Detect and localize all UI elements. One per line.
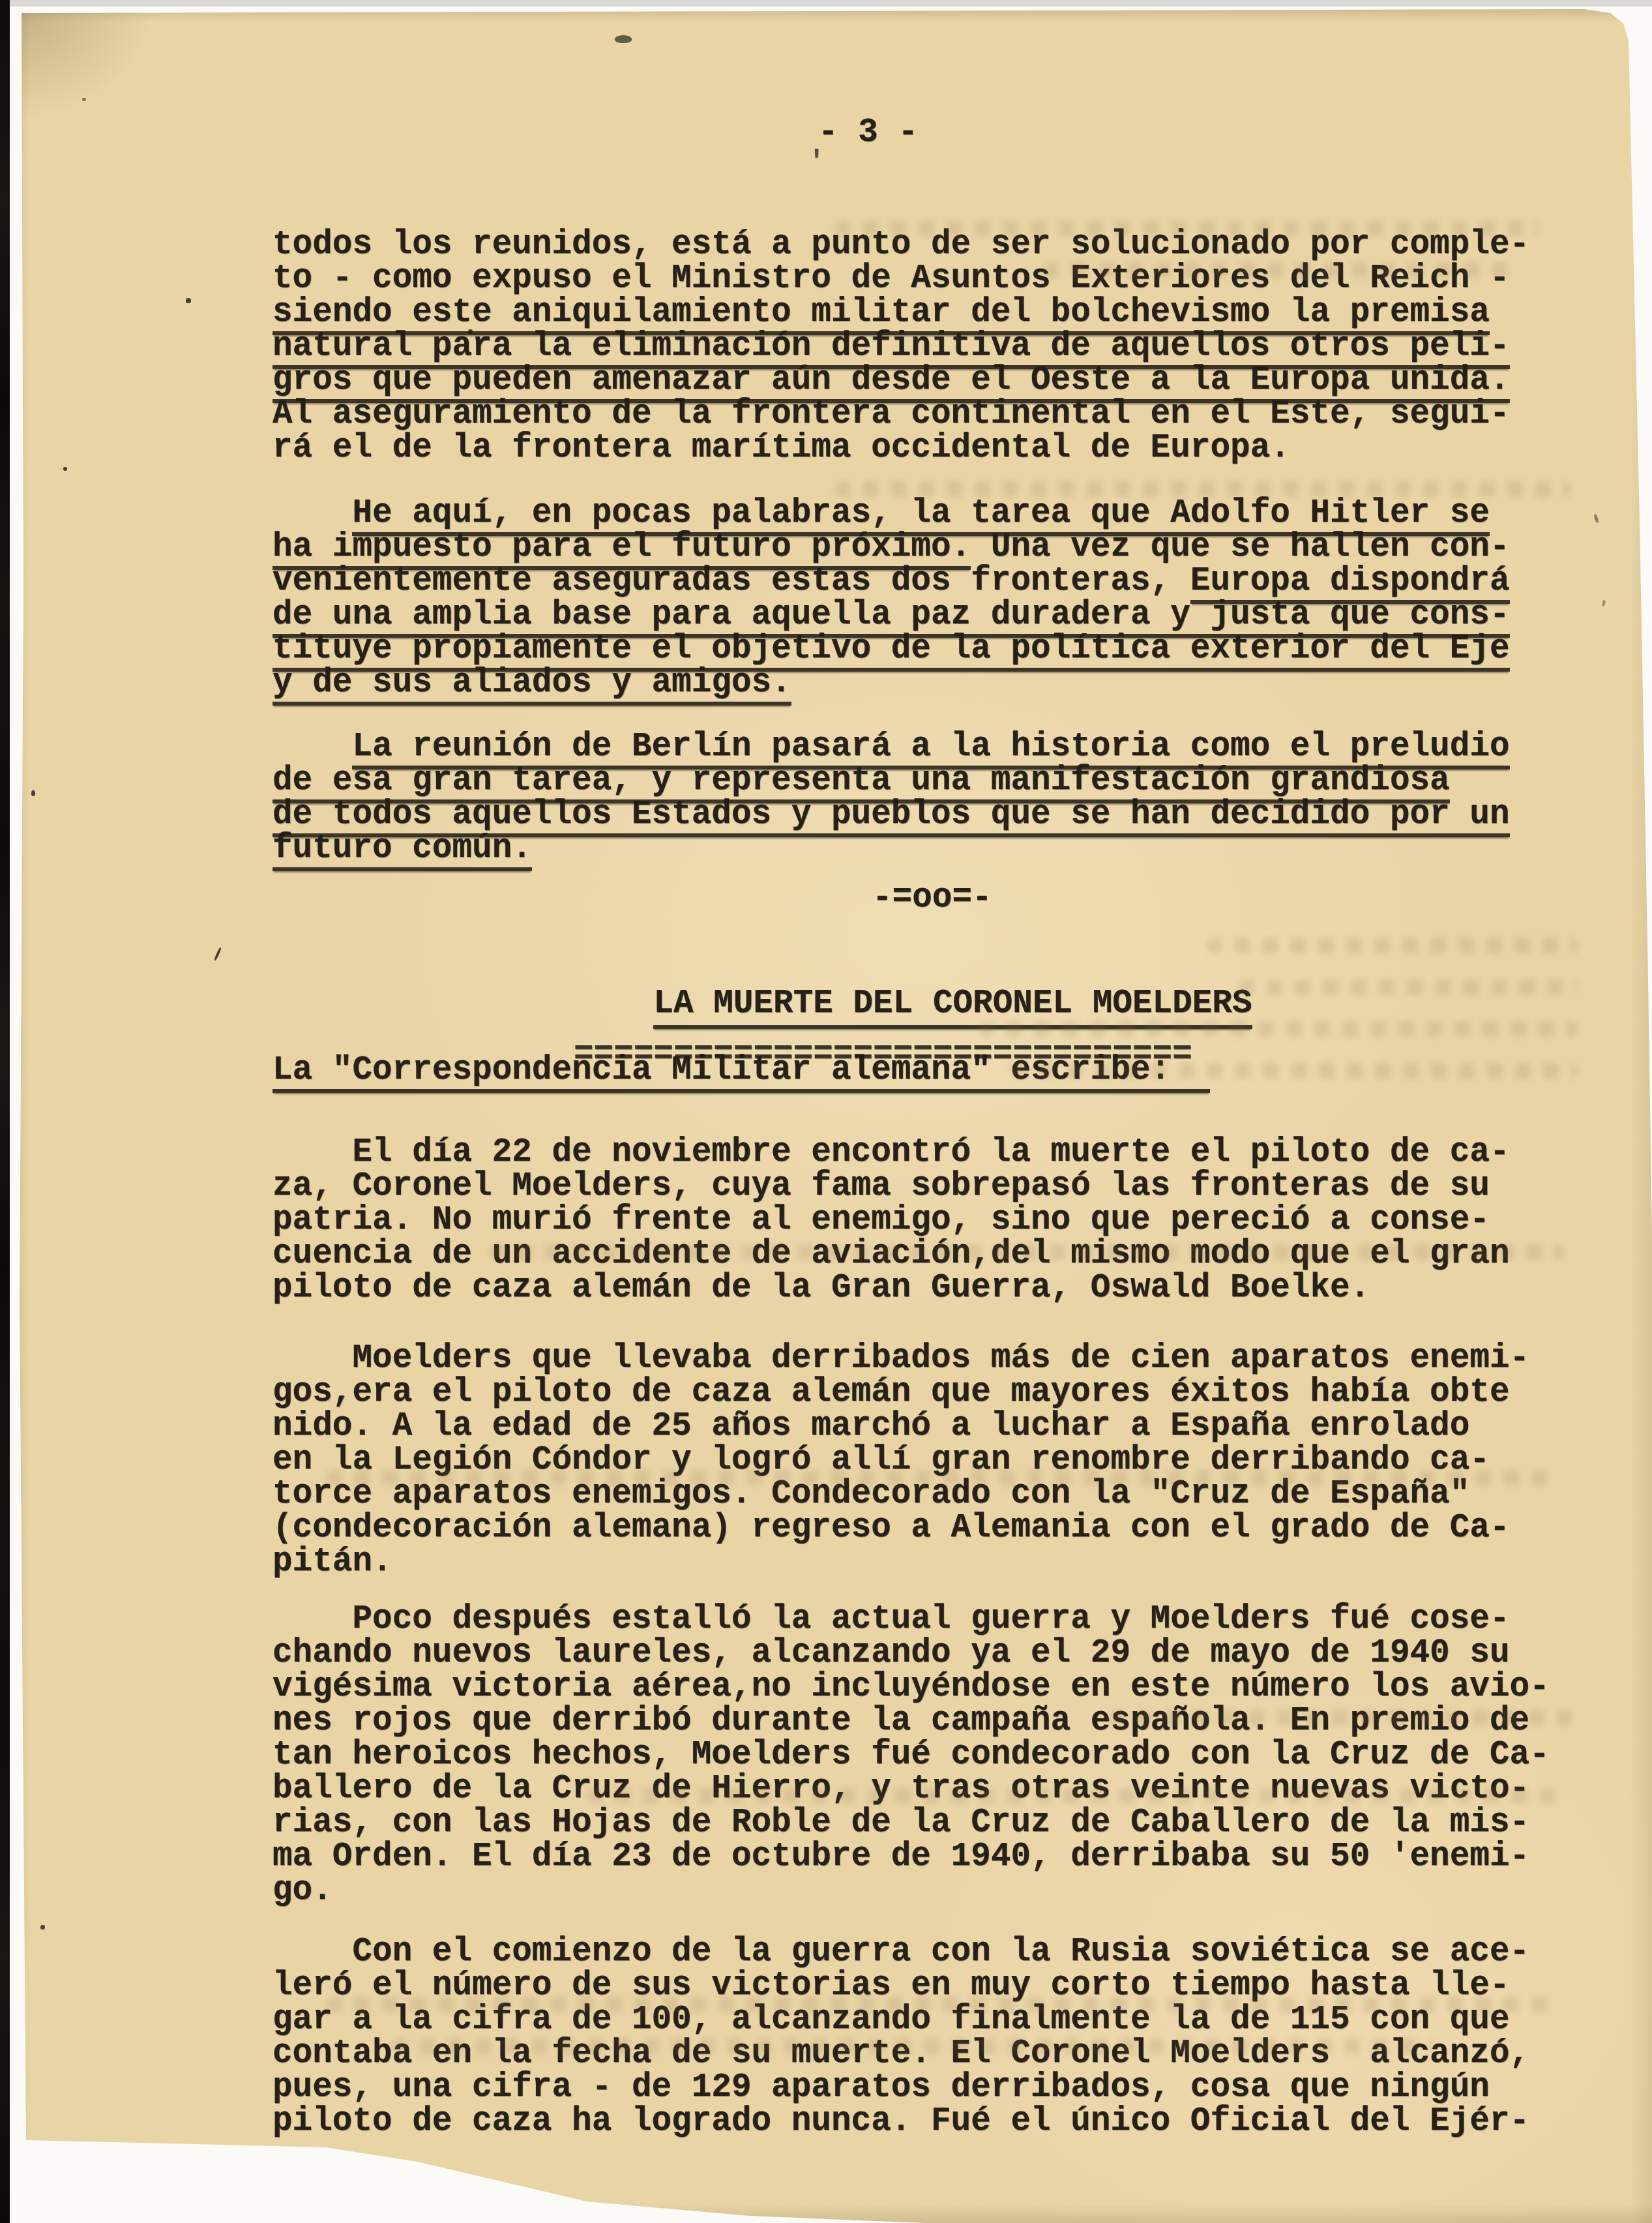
text-line: todos los reunidos, está a punto de ser … xyxy=(273,228,1529,262)
text-line: Al aseguramiento de la frontera continen… xyxy=(273,398,1529,432)
ink-speck xyxy=(1593,514,1599,524)
text-segment: gos,era el piloto de caza alemán que may… xyxy=(273,1374,1510,1411)
text-segment: cuencia de un accidente de aviación,del … xyxy=(273,1236,1510,1273)
text-line: rá el de la frontera marítima occidental… xyxy=(273,432,1529,466)
text-line: La reunión de Berlín pasará a la histori… xyxy=(273,730,1510,764)
text-line: piloto de caza alemán de la Gran Guerra,… xyxy=(273,1272,1510,1305)
text-line: za, Coronel Moelders, cuya fama sobrepas… xyxy=(273,1170,1510,1204)
text-line: en la Legión Cóndor y logró allí gran re… xyxy=(273,1444,1529,1478)
text-segment: to - como expuso el Ministro de Asuntos … xyxy=(273,260,1510,297)
text-segment: El día 22 de noviembre encontró la muert… xyxy=(273,1134,1510,1171)
paragraph-frontera: todos los reunidos, está a punto de ser … xyxy=(273,228,1529,466)
text-segment: Con el comienzo de la guerra con la Rusi… xyxy=(273,1933,1529,1971)
text-line: torce aparatos enemigos. Condecorado con… xyxy=(273,1478,1529,1512)
stray-tick-mark: ' xyxy=(808,145,825,179)
text-segment: todos los reunidos, está a punto de ser … xyxy=(273,226,1529,263)
heading-text: LA MUERTE DEL CORONEL MOELDERS xyxy=(653,985,1252,1029)
text-segment: leró el número de sus victorias en muy c… xyxy=(273,1967,1510,2005)
text-segment: Poco después estalló la actual guerra y … xyxy=(273,1601,1510,1638)
text-segment: nido. A la edad de 25 años marchó a luch… xyxy=(273,1408,1469,1445)
binding-edge xyxy=(0,0,10,2223)
ink-speck xyxy=(40,1925,45,1930)
section-separator: -=oo=- xyxy=(872,882,992,916)
text-segment: pues, una cifra - de 129 aparatos derrib… xyxy=(273,2069,1490,2106)
text-segment xyxy=(273,728,352,766)
paragraph-tarea-hitler: He aquí, en pocas palabras, la tarea que… xyxy=(273,497,1510,700)
text-line: cuencia de un accidente de aviación,del … xyxy=(273,1238,1510,1272)
text-line: de esa gran tarea, y representa una mani… xyxy=(273,764,1510,798)
text-line: He aquí, en pocas palabras, la tarea que… xyxy=(273,497,1510,531)
text-line: gros que pueden amenazar aún desde el Oe… xyxy=(273,364,1529,398)
underlined-text-segment: y de sus aliados y amigos. xyxy=(273,664,791,706)
text-line: gar a la cifra de 100, alcanzando finalm… xyxy=(273,2003,1529,2037)
text-line: El día 22 de noviembre encontró la muert… xyxy=(273,1136,1510,1170)
page-number: - 3 - xyxy=(818,116,918,150)
text-line: ha impuesto para el futuro próximo. Una … xyxy=(273,531,1510,565)
text-segment: chando nuevos laureles, alcanzando ya el… xyxy=(273,1635,1510,1672)
paragraph-guerra-actual: Poco después estalló la actual guerra y … xyxy=(273,1603,1550,1908)
ink-speck xyxy=(91,2179,97,2183)
ink-speck xyxy=(214,947,222,961)
text-line: venientemente aseguradas estas dos front… xyxy=(273,565,1510,599)
scanner-top-strip xyxy=(0,0,1652,7)
text-line: (condecoración alemana) regreso a Aleman… xyxy=(273,1512,1529,1545)
text-line: de todos aquellos Estados y pueblos que … xyxy=(273,798,1510,832)
text-segment: rias, con las Hojas de Roble de la Cruz … xyxy=(273,1804,1529,1842)
text-segment xyxy=(273,495,352,532)
bleedthrough-mark xyxy=(1206,938,1578,953)
text-line: natural para la eliminación definitiva d… xyxy=(273,330,1529,364)
text-line: Con el comienzo de la guerra con la Rusi… xyxy=(273,1935,1529,1969)
text-segment: torce aparatos enemigos. Condecorado con… xyxy=(273,1476,1469,1513)
text-segment: ballero de la Cruz de Hierro, y tras otr… xyxy=(273,1770,1529,1808)
text-line: Poco después estalló la actual guerra y … xyxy=(273,1603,1550,1637)
ink-speck xyxy=(186,298,191,303)
text-line: tituye propiamente el objetivo de la pol… xyxy=(273,633,1510,666)
text-line: contaba en la fecha de su muerte. El Cor… xyxy=(273,2037,1529,2071)
text-line: patria. No murió frente al enemigo, sino… xyxy=(273,1204,1510,1238)
text-line: rias, con las Hojas de Roble de la Cruz … xyxy=(273,1806,1550,1840)
paragraph-reunion-berlin: La reunión de Berlín pasará a la histori… xyxy=(273,730,1510,866)
text-segment: tan heroicos hechos, Moelders fué condec… xyxy=(273,1737,1550,1774)
ink-speck xyxy=(1602,600,1606,607)
byline-correspondencia: La "Correspondencia Militar alemana" esc… xyxy=(273,1054,1210,1088)
ink-speck xyxy=(31,790,35,796)
text-line: pitán. xyxy=(273,1545,1529,1579)
text-segment: ma Orden. El día 23 de octubre de 1940, … xyxy=(273,1838,1529,1875)
text-line: siendo este aniquilamiento militar del b… xyxy=(273,296,1529,330)
text-segment: en la Legión Cóndor y logró allí gran re… xyxy=(273,1442,1490,1479)
text-line: de una amplia base para aquella paz dura… xyxy=(273,599,1510,633)
text-line: ballero de la Cruz de Hierro, y tras otr… xyxy=(273,1772,1550,1806)
text-segment: Una vez que se hallen con- xyxy=(971,529,1509,566)
text-segment: venientemente aseguradas estas dos front… xyxy=(273,563,1190,600)
text-line: chando nuevos laureles, alcanzando ya el… xyxy=(273,1637,1550,1671)
text-line: Moelders que llevaba derribados más de c… xyxy=(273,1342,1529,1376)
paragraph-rusia-sovietica: Con el comienzo de la guerra con la Rusi… xyxy=(273,1935,1529,2139)
underlined-text-segment: futuro común. xyxy=(273,830,532,871)
ink-speck xyxy=(82,98,86,101)
text-segment: piloto de caza ha logrado nunca. Fué el … xyxy=(273,2103,1529,2140)
text-line: pues, una cifra - de 129 aparatos derrib… xyxy=(273,2071,1529,2105)
text-line: nido. A la edad de 25 años marchó a luch… xyxy=(273,1410,1529,1444)
paragraph-legion-condor: Moelders que llevaba derribados más de c… xyxy=(273,1342,1529,1579)
paragraph-muerte-moelders: El día 22 de noviembre encontró la muert… xyxy=(273,1136,1510,1305)
text-line: piloto de caza ha logrado nunca. Fué el … xyxy=(273,2105,1529,2139)
text-segment: patria. No murió frente al enemigo, sino… xyxy=(273,1202,1490,1239)
text-segment: piloto de caza alemán de la Gran Guerra,… xyxy=(273,1270,1370,1307)
text-line: nes rojos que derribó durante la campaña… xyxy=(273,1705,1550,1738)
text-line: vigésima victoria aérea,no incluyéndose … xyxy=(273,1671,1550,1705)
text-segment: (condecoración alemana) regreso a Aleman… xyxy=(273,1510,1510,1547)
text-segment: nes rojos que derribó durante la campaña… xyxy=(273,1703,1529,1740)
text-segment: contaba en la fecha de su muerte. El Cor… xyxy=(273,2035,1529,2072)
text-line: to - como expuso el Ministro de Asuntos … xyxy=(273,262,1529,296)
text-line: ma Orden. El día 23 de octubre de 1940, … xyxy=(273,1840,1550,1874)
text-segment: go. xyxy=(273,1872,332,1909)
underlined-text-segment: La "Correspondencia Militar alemana" esc… xyxy=(273,1052,1210,1093)
ink-speck xyxy=(615,35,632,43)
section-heading: LA MUERTE DEL CORONEL MOELDERS =========… xyxy=(574,953,1252,1142)
text-line: go. xyxy=(273,1874,1550,1908)
bleedthrough-mark xyxy=(1239,979,1578,995)
text-segment: za, Coronel Moelders, cuya fama sobrepas… xyxy=(273,1168,1490,1205)
text-segment: vigésima victoria aérea,no incluyéndose … xyxy=(273,1669,1550,1706)
text-line: La "Correspondencia Militar alemana" esc… xyxy=(273,1054,1210,1088)
text-line: leró el número de sus victorias en muy c… xyxy=(273,1969,1529,2003)
ink-speck xyxy=(63,467,67,471)
text-line: gos,era el piloto de caza alemán que may… xyxy=(273,1376,1529,1410)
text-segment: Al aseguramiento de la frontera continen… xyxy=(273,396,1510,433)
text-segment: rá el de la frontera marítima occidental… xyxy=(273,430,1290,467)
text-segment: pitán. xyxy=(273,1544,392,1581)
text-line: tan heroicos hechos, Moelders fué condec… xyxy=(273,1738,1550,1772)
text-segment: gar a la cifra de 100, alcanzando finalm… xyxy=(273,2001,1510,2038)
paper-sheet: - 3 - ' todos los reunidos, está a punto… xyxy=(12,7,1652,2223)
text-segment: Moelders que llevaba derribados más de c… xyxy=(273,1340,1529,1377)
